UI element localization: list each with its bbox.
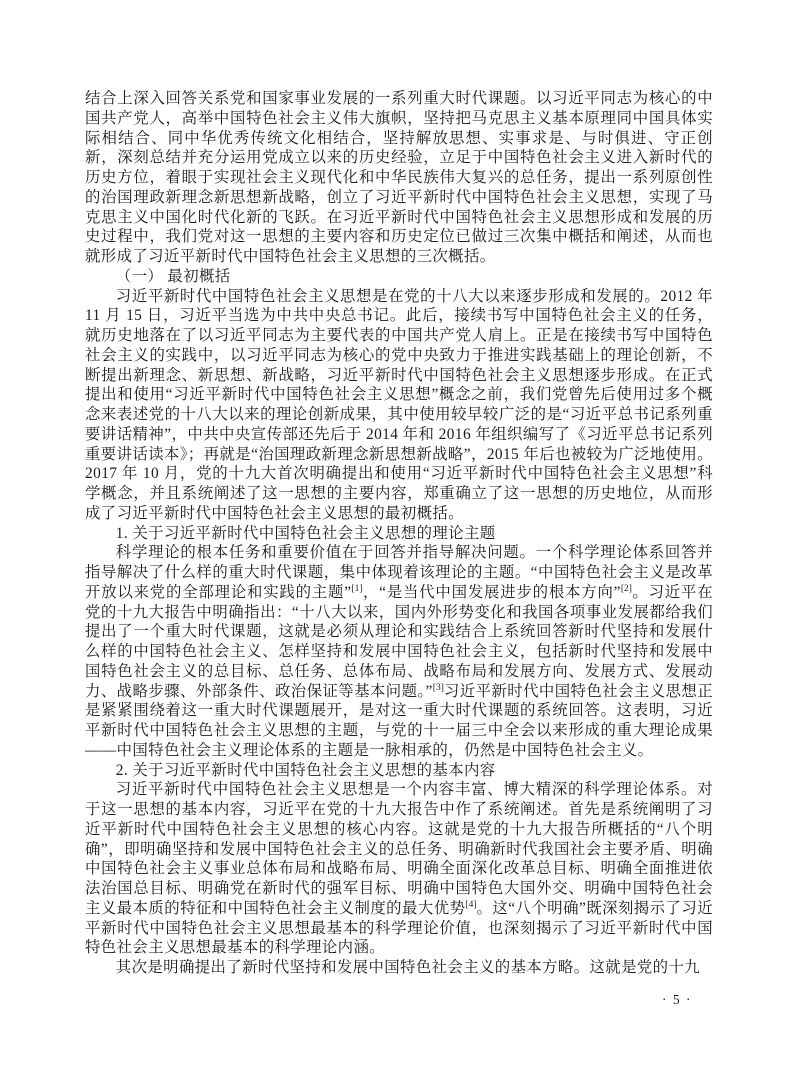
footnote-reference: [2] xyxy=(621,584,632,594)
numbered-heading-basic-content: 2. 关于习近平新时代中国特色社会主义思想的基本内容 xyxy=(85,761,713,781)
body-paragraph: 习近平新时代中国特色社会主义思想是在党的十八大以来逐步形成和发展的。2012 年… xyxy=(85,287,713,524)
body-paragraph: 科学理论的根本任务和重要价值在于回答并指导解决问题。一个科学理论体系回答并指导解… xyxy=(85,543,713,760)
numbered-heading-theory-theme: 1. 关于习近平新时代中国特色社会主义思想的理论主题 xyxy=(85,524,713,544)
body-paragraph: 其次是明确提出了新时代坚持和发展中国特色社会主义的基本方略。这就是党的十九 xyxy=(85,958,713,978)
footnote-reference: [3] xyxy=(433,682,444,692)
footnote-reference: [1] xyxy=(351,584,362,594)
body-paragraph: 习近平新时代中国特色社会主义思想是一个内容丰富、博大精深的科学理论体系。对于这一… xyxy=(85,780,713,958)
subsection-heading-first-summary: （一） 最初概括 xyxy=(85,267,713,287)
document-page: 结合上深入回答关系党和国家事业发展的一系列重大时代课题。以习近平同志为核心的中国… xyxy=(0,0,793,1077)
footnote-reference: [4] xyxy=(465,900,476,910)
page-number: · 5 · xyxy=(662,992,692,1008)
text-block: 结合上深入回答关系党和国家事业发展的一系列重大时代课题。以习近平同志为核心的中国… xyxy=(85,89,713,978)
body-paragraph-continuation: 结合上深入回答关系党和国家事业发展的一系列重大时代课题。以习近平同志为核心的中国… xyxy=(85,89,713,267)
